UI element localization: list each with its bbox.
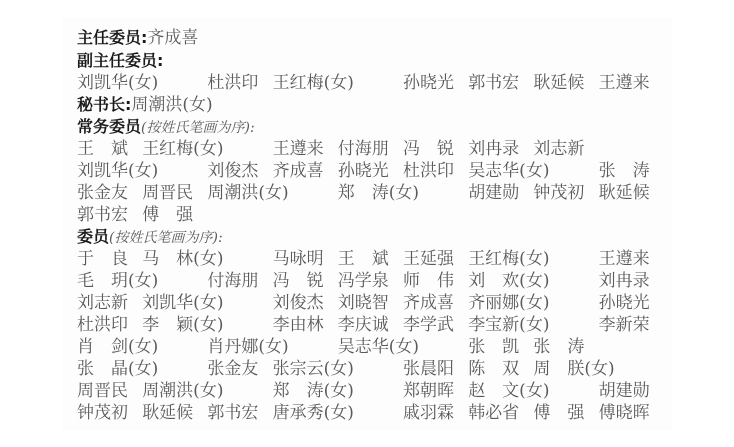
member-name: 王 斌 (338, 247, 389, 271)
member-name: 吴志华(女) (468, 159, 549, 183)
member-name: 刘凯华(女) (77, 71, 158, 95)
member-name: 张 涛 (533, 335, 584, 359)
member-name: 傅晓晖 (599, 401, 650, 425)
member-name: 孙晓光 (403, 71, 454, 95)
member-name: 付海朋 (207, 269, 258, 293)
member-name: 冯学泉 (338, 269, 389, 293)
member-name: 刘晓智 (338, 291, 389, 315)
member-name: 郭书宏 (207, 401, 258, 425)
member-name: 张 凯 (468, 335, 519, 359)
member-name: 杜洪印 (207, 71, 258, 95)
member-name: 冯 锐 (403, 137, 454, 161)
member-name: 王红梅(女) (142, 137, 223, 161)
member-name: 郑朝晖 (403, 379, 454, 403)
member-name: 冯 锐 (273, 269, 324, 293)
member-name: 王延强 (403, 247, 454, 271)
member-name: 傅 强 (142, 203, 193, 227)
standing-members-note: (按姓氏笔画为序): (141, 120, 255, 136)
secretary-general-line: 秘书长:周潮洪(女) (77, 93, 213, 117)
member-name: 王 斌 (77, 137, 128, 161)
member-name: 刘志新 (533, 137, 584, 161)
standing-members-label: 常务委员 (77, 117, 141, 136)
member-name: 杜洪印 (403, 159, 454, 183)
member-name: 耿延候 (533, 71, 584, 95)
member-name: 王红梅(女) (468, 247, 549, 271)
member-name: 张宗云(女) (273, 357, 354, 381)
member-name: 刘凯华(女) (77, 159, 158, 183)
member-name: 马 林(女) (142, 247, 223, 271)
chair-label: 主任委员: (77, 28, 147, 47)
member-name: 付海朋 (338, 137, 389, 161)
member-name: 郑 涛(女) (338, 181, 419, 205)
member-name: 刘俊杰 (273, 291, 324, 315)
member-name: 杜洪印 (77, 313, 128, 337)
member-name: 王红梅(女) (273, 71, 354, 95)
member-name: 周潮洪(女) (207, 181, 288, 205)
member-name: 周晋民 (77, 379, 128, 403)
member-name: 耿延候 (142, 401, 193, 425)
member-name: 耿延候 (599, 181, 650, 205)
member-name: 钟茂初 (77, 401, 128, 425)
member-name: 刘俊杰 (207, 159, 258, 183)
chair-name: 齐成喜 (147, 28, 198, 48)
member-name: 李 颖(女) (142, 313, 223, 337)
member-name: 刘志新 (77, 291, 128, 315)
member-name: 胡建勋 (468, 181, 519, 205)
member-name: 李新荣 (599, 313, 650, 337)
member-name: 王遵来 (599, 71, 650, 95)
member-name: 周 朕(女) (533, 357, 614, 381)
members-note: (按姓氏笔画为序): (109, 230, 223, 246)
vice-chairs-heading: 副主任委员: (77, 49, 163, 73)
member-name: 张金友 (77, 181, 128, 205)
member-name: 唐承秀(女) (273, 401, 354, 425)
member-name: 齐成喜 (273, 159, 324, 183)
member-name: 郭书宏 (77, 203, 128, 227)
secretary-general-name: 周潮洪(女) (131, 95, 212, 115)
member-name: 韩必省 (468, 401, 519, 425)
member-name: 赵 文(女) (468, 379, 549, 403)
member-name: 肖丹娜(女) (207, 335, 288, 359)
member-name: 郭书宏 (468, 71, 519, 95)
vice-chairs-label: 副主任委员: (77, 51, 163, 70)
member-name: 周潮洪(女) (142, 379, 223, 403)
member-name: 戚羽霖 (403, 401, 454, 425)
member-name: 胡建勋 (599, 379, 650, 403)
member-name: 师 伟 (403, 269, 454, 293)
member-name: 马咏明 (273, 247, 324, 271)
member-name: 李由林 (273, 313, 324, 337)
secretary-general-label: 秘书长: (77, 95, 131, 114)
member-name: 刘冉录 (599, 269, 650, 293)
member-name: 周晋民 (142, 181, 193, 205)
member-name: 郑 涛(女) (273, 379, 354, 403)
member-name: 吴志华(女) (338, 335, 419, 359)
member-name: 齐丽娜(女) (468, 291, 549, 315)
member-name: 张晨阳 (403, 357, 454, 381)
member-name: 刘凯华(女) (142, 291, 223, 315)
member-name: 李庆诚 (338, 313, 389, 337)
member-name: 孙晓光 (338, 159, 389, 183)
member-name: 刘 欢(女) (468, 269, 549, 293)
member-name: 张 涛 (599, 159, 650, 183)
member-name: 王遵来 (599, 247, 650, 271)
member-name: 王遵来 (273, 137, 324, 161)
member-name: 孙晓光 (599, 291, 650, 315)
members-heading: 委员(按姓氏笔画为序): (77, 225, 223, 249)
member-name: 张金友 (207, 357, 258, 381)
standing-members-heading: 常务委员(按姓氏笔画为序): (77, 115, 255, 139)
member-name: 肖 剑(女) (77, 335, 158, 359)
member-name: 李学武 (403, 313, 454, 337)
member-name: 钟茂初 (533, 181, 584, 205)
member-name: 齐成喜 (403, 291, 454, 315)
member-name: 傅 强 (533, 401, 584, 425)
member-name: 于 良 (77, 247, 128, 271)
member-name: 毛 玥(女) (77, 269, 158, 293)
member-name: 张 晶(女) (77, 357, 158, 381)
member-name: 刘冉录 (468, 137, 519, 161)
member-name: 陈 双 (468, 357, 519, 381)
chair-line: 主任委员:齐成喜 (77, 26, 198, 50)
member-name: 李宝新(女) (468, 313, 549, 337)
members-label: 委员 (77, 227, 109, 246)
